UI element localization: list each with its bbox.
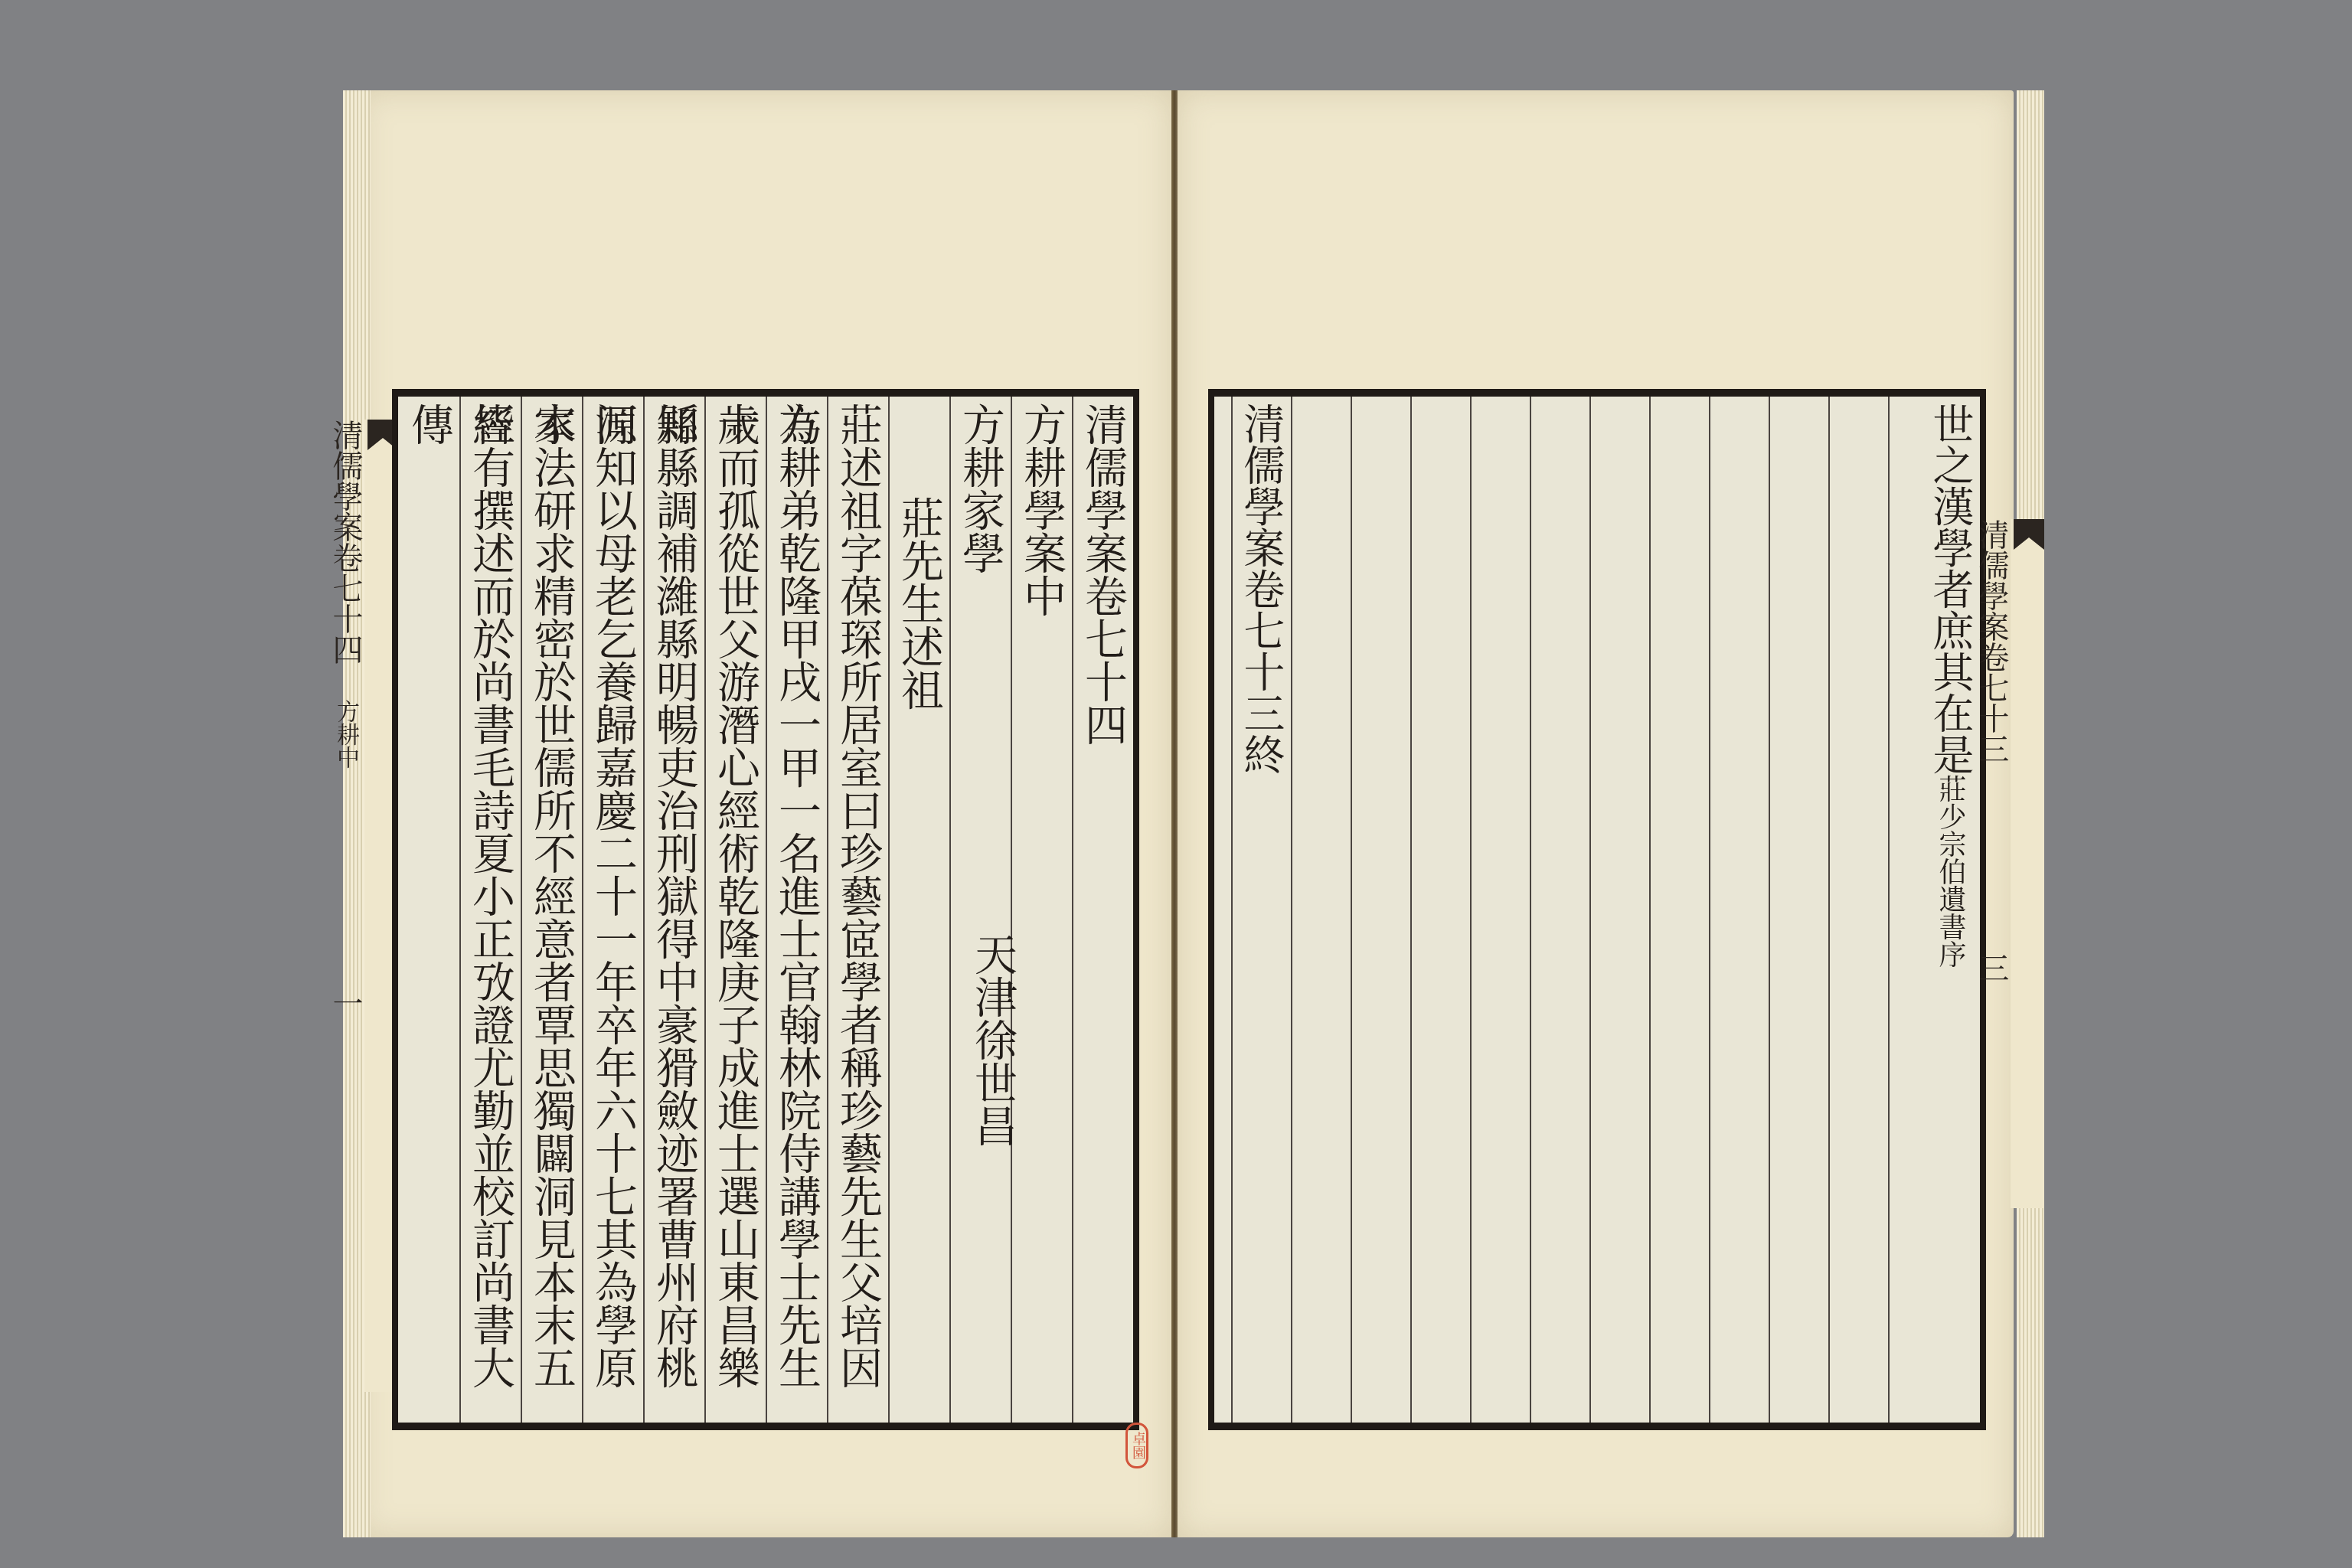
collector-seal: 卓園	[1125, 1423, 1148, 1468]
body-column: 皆有撰述而於尚書毛詩夏小正攷證尤勤並校訂尚書大傳	[459, 397, 521, 1423]
fold-page-number: 一	[328, 988, 363, 1018]
chapter-title: 方耕學案中	[1011, 397, 1072, 1423]
blank-column	[1410, 397, 1470, 1423]
body-text: 世之漢學者庶其在是	[1926, 403, 1975, 775]
body-column: 歲而孤從世父游潛心經術乾隆庚子成進士選山東昌樂縣	[704, 397, 766, 1423]
right-fold-margin: 清儒學案卷七十三 三	[2011, 519, 2044, 1208]
fold-title: 清儒學案卷七十四	[328, 420, 363, 665]
body-column: 方耕弟乾隆甲戌一甲一名進士官翰林院侍講學士先生十	[766, 397, 827, 1423]
subject-heading: 莊先生述祖	[888, 397, 949, 1423]
blank-column	[1530, 397, 1589, 1423]
body-column: 同知以母老乞養歸嘉慶二十一年卒年六十七其為學原本	[582, 397, 643, 1423]
fold-section: 方耕中	[332, 700, 359, 769]
body-column: 世之漢學者庶其在是莊少宗伯遺書序	[1888, 397, 1980, 1423]
fold-page-number: 三	[1974, 952, 2009, 983]
blank-column	[1709, 397, 1769, 1423]
body-column: 莊述祖字葆琛所居室曰珍藝宧學者稱珍藝先生父培因為	[827, 397, 888, 1423]
left-page: 清儒學案卷七十四 方耕中 一 清儒學案卷七十四 方耕學案中 方耕家學 莊先生述祖…	[360, 90, 1171, 1537]
blank-column	[1828, 397, 1888, 1423]
author-credit: 天津徐世昌	[962, 933, 1023, 1147]
text-frame: 世之漢學者庶其在是莊少宗伯遺書序 清儒學案卷七十三終	[1208, 389, 1986, 1430]
volume-end-title: 清儒學案卷七十三終	[1231, 397, 1291, 1423]
section-title: 方耕家學	[955, 403, 1005, 574]
blank-column	[1589, 397, 1649, 1423]
fold-title: 清儒學案卷七十三	[1974, 519, 2009, 764]
blank-column	[1649, 397, 1709, 1423]
body-column: 家法研求精密於世儒所不經意者覃思獨闢洞見本末五經	[521, 397, 582, 1423]
open-book: 清儒學案卷七十四 方耕中 一 清儒學案卷七十四 方耕學案中 方耕家學 莊先生述祖…	[360, 90, 2014, 1537]
blank-column	[1351, 397, 1410, 1423]
body-column: 知縣調補濰縣明暢吏治刑獄得中豪猾斂迹署曹州府桃源	[643, 397, 704, 1423]
section-title-column: 方耕家學	[949, 397, 1011, 1423]
blank-column	[1470, 397, 1530, 1423]
right-page: 世之漢學者庶其在是莊少宗伯遺書序 清儒學案卷七十三終 清儒學案卷七十三 三	[1178, 90, 2014, 1537]
fish-tail-mark-icon	[2014, 519, 2044, 550]
text-frame: 清儒學案卷七十四 方耕學案中 方耕家學 莊先生述祖 莊述祖字葆琛所居室曰珍藝宧學…	[392, 389, 1139, 1430]
volume-title: 清儒學案卷七十四	[1072, 397, 1133, 1423]
blank-column	[1291, 397, 1351, 1423]
blank-column	[1769, 397, 1828, 1423]
source-annotation: 莊少宗伯遺書序	[1935, 775, 1965, 968]
